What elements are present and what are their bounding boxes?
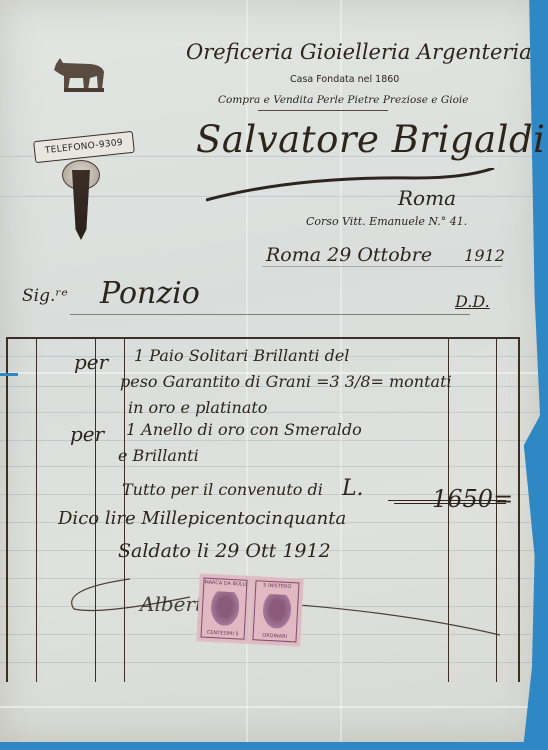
revenue-stamp: 5 INISTERO ORDINARI [248,576,303,647]
telephone-banner: TELEFONO-9309 [33,131,135,163]
entry-mark: per [74,350,108,374]
ledger-column-line [6,337,8,682]
ruled-line [0,466,540,467]
savoy-eagle-icon [210,591,240,626]
entry-line: e Brillanti [118,446,199,465]
founded-line: Casa Fondata nel 1860 [290,74,399,85]
date-underline [262,266,502,267]
ledger-top-border [6,337,518,339]
ledger-column-line [518,337,520,682]
entry-line: 1 Paio Solitari Brillanti del [134,346,349,365]
total-amount: 1650= [432,485,513,513]
ruled-line [0,662,540,663]
capitoline-wolf-icon [50,56,110,94]
total-underline [394,503,506,504]
ruled-line [0,412,540,413]
header-divider [258,110,388,111]
revenue-stamp: MARCA DA BOLLO CENTESIMI 5 [196,573,251,644]
receipt-line: Saldato li 29 Ott 1912 [118,540,331,562]
currency: L. [342,476,364,501]
trade-title: Oreficeria Gioielleria Argenteria [186,40,532,64]
savoy-eagle-icon [262,594,292,629]
city: Roma [398,186,456,210]
addressee-prefix: Sig.ʳᵉ [22,286,68,306]
addressee-suffix: D.D. [455,292,490,311]
merchant-name: Salvatore Brigaldi [196,118,546,161]
paper-fold [0,706,540,708]
entry-line: peso Garantito di Grani =3 3/8= montati [120,372,452,391]
entry-line: in oro e platinato [128,398,267,417]
amount-in-words: Dico lire Millepicentocinquanta [58,508,346,529]
ledger-column-line [36,337,37,682]
place-date: Roma 29 Ottobre [266,244,432,266]
total-label-text: Tutto per il convenuto di [122,480,323,499]
total-underline [388,500,506,501]
total-label: Tutto per il convenuto di L. [122,476,364,501]
addressee-underline [70,314,470,315]
entry-line: 1 Anello di oro con Smeraldo [126,420,362,439]
year: 1912 [464,246,505,265]
addressee-name: Ponzio [100,276,200,311]
revenue-stamps: MARCA DA BOLLO CENTESIMI 5 5 INISTERO OR… [196,573,303,646]
address: Corso Vitt. Emanuele N.° 41. [306,215,467,228]
tear-edge [0,373,18,376]
invoice-date: Roma 29 Ottobre 1912 [266,244,505,266]
letterhead-emblem: TELEFONO-9309 [28,50,138,210]
entry-mark: per [70,422,104,446]
services-line: Compra e Vendita Perle Pietre Preziose e… [218,94,469,106]
